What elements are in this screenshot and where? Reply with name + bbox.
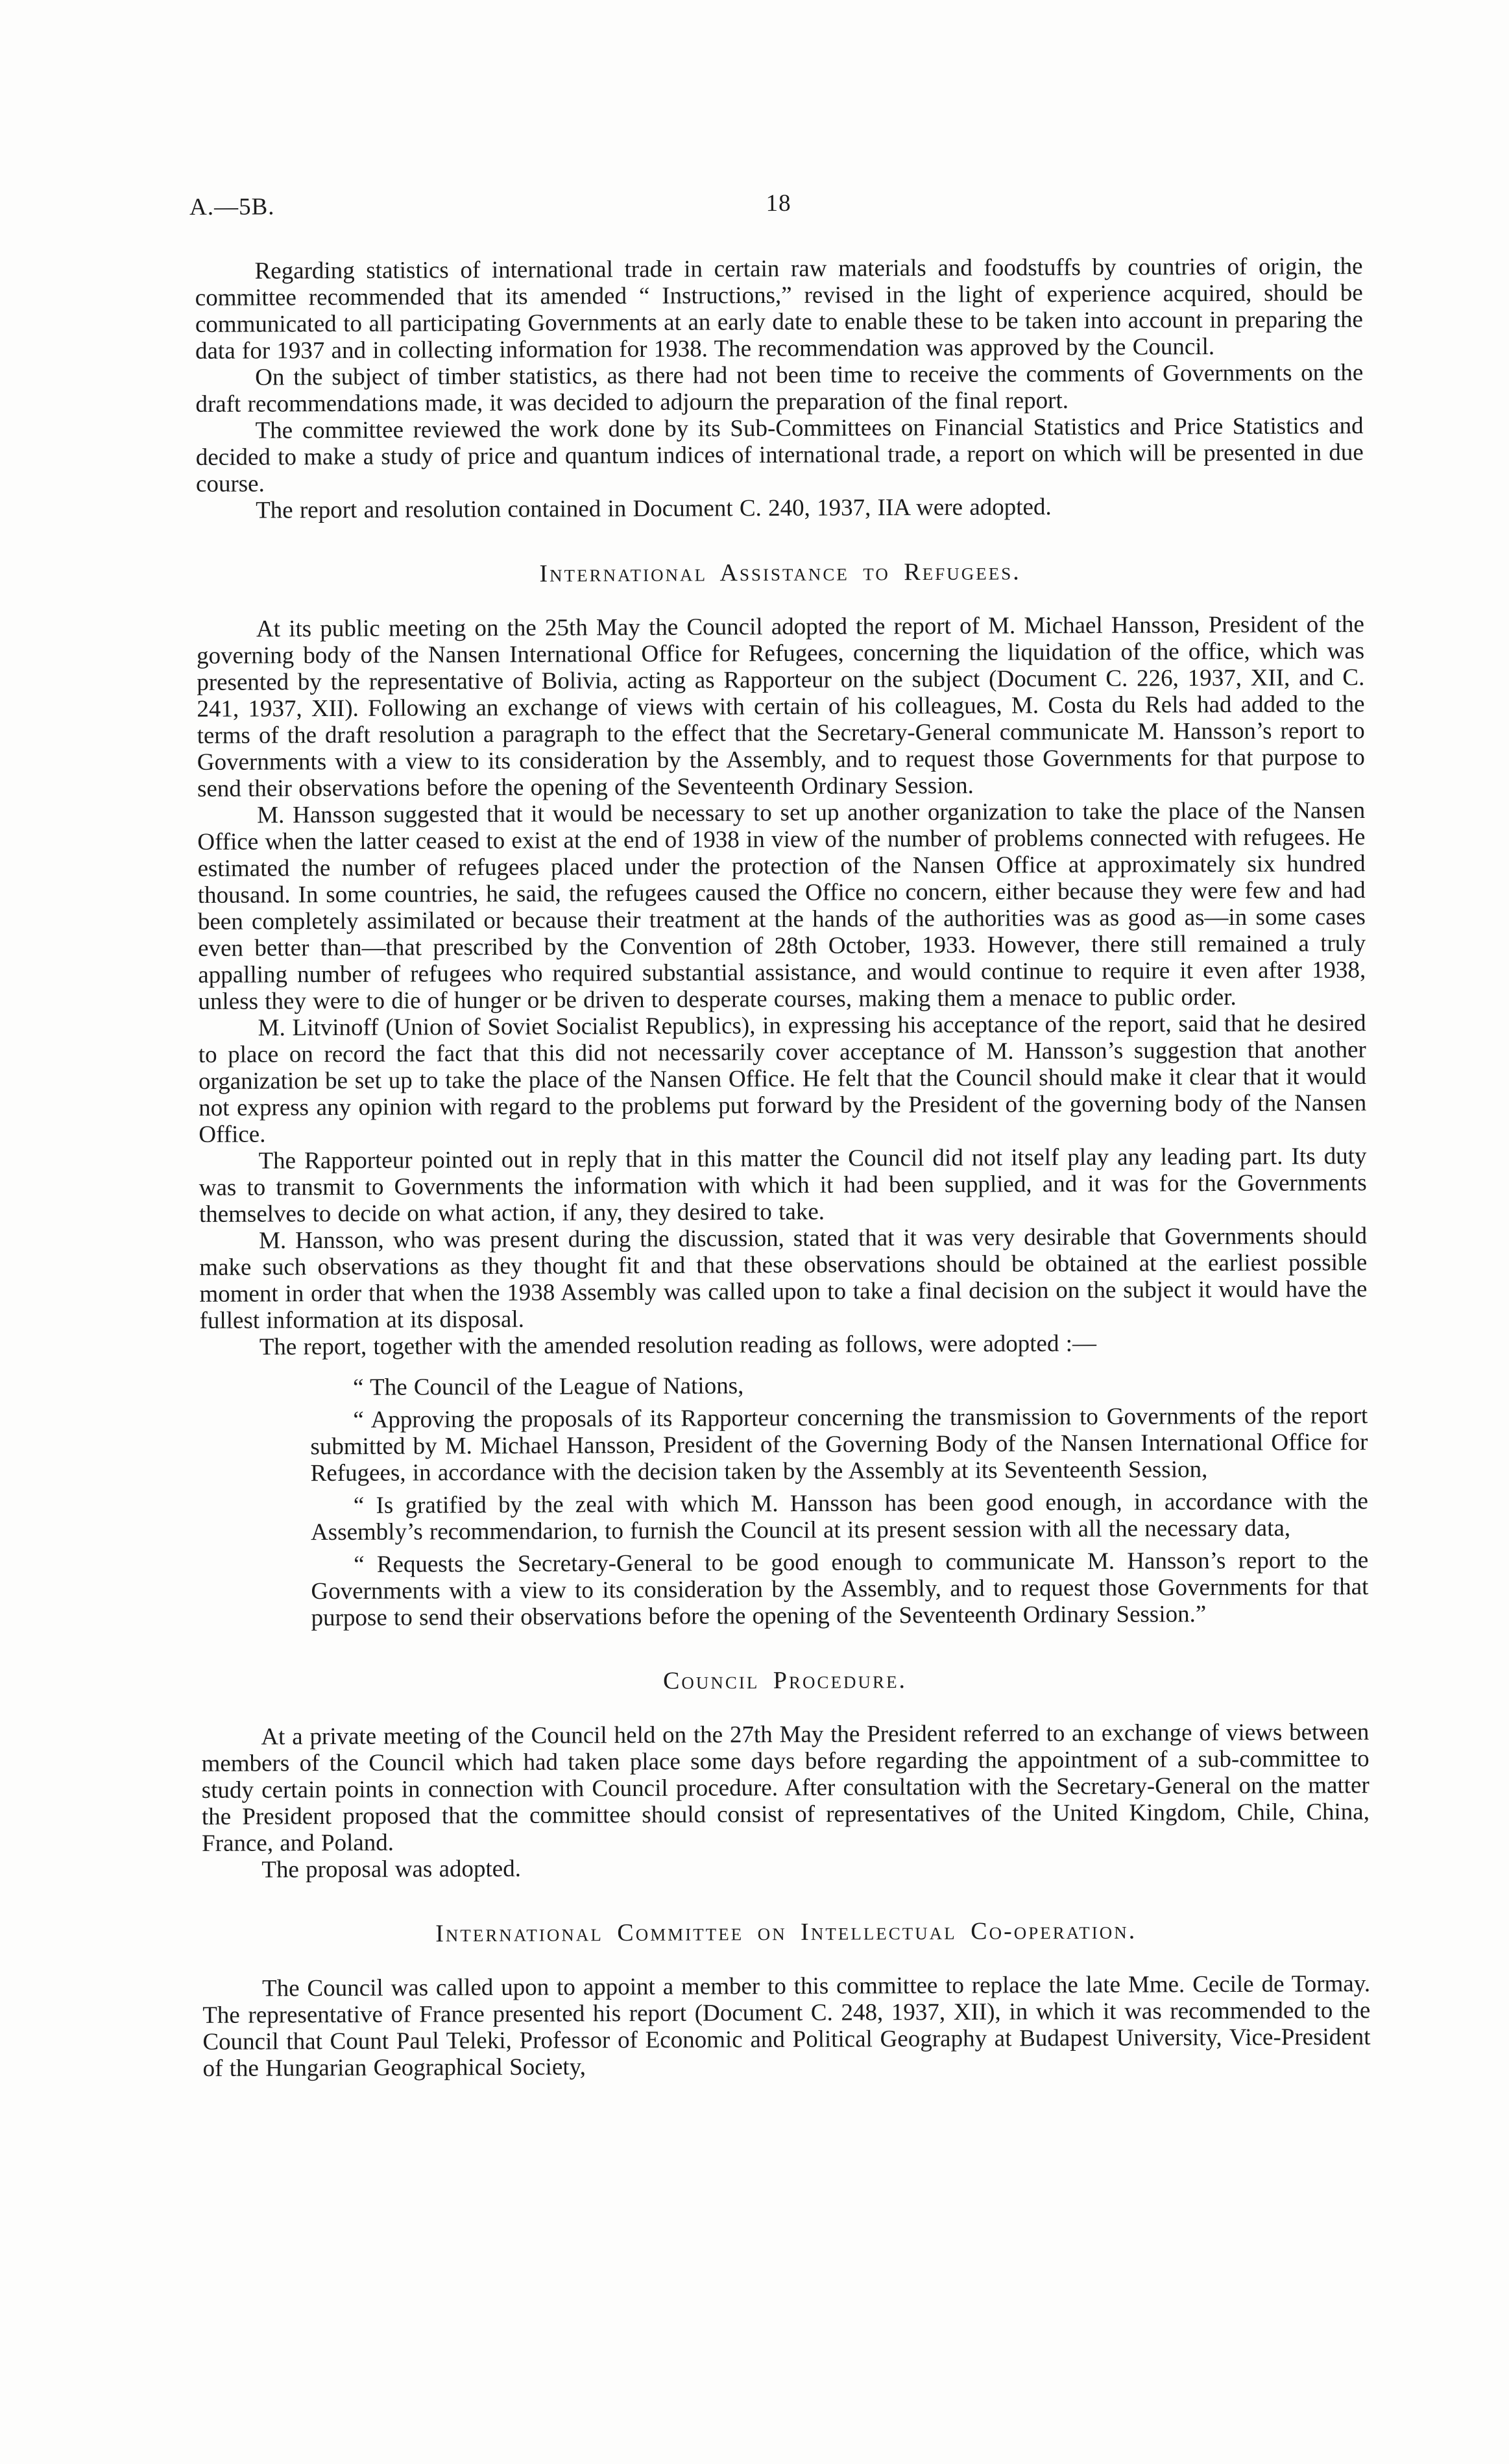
quote-paragraph: “ Is gratified by the zeal with which M.… [311,1488,1368,1546]
section-heading-council-procedure: Council Procedure. [201,1664,1369,1697]
paragraph: M. Hansson, who was present during the d… [199,1223,1368,1334]
page-content: A.—5B. 18 Regarding statistics of intern… [195,187,1371,2082]
section-intellectual-cooperation: International Committee on Intellectual … [202,1916,1371,2082]
paragraph: M. Litvinoff (Union of Soviet Socialist … [199,1010,1367,1148]
quote-paragraph: “ Requests the Secretary-General to be g… [311,1547,1369,1631]
paragraph: The Council was called upon to appoint a… [202,1970,1371,2082]
paragraph: The report, together with the amended re… [200,1329,1368,1361]
section-heading-refugees: International Assistance to Refugees. [196,556,1364,589]
paragraph: Regarding statistics of international tr… [195,253,1363,365]
resolution-quote: “ The Council of the League of Nations, … [310,1370,1369,1631]
quote-paragraph: “ Approving the proposals of its Rapport… [310,1402,1368,1487]
section-trade-statistics: Regarding statistics of international tr… [195,253,1364,524]
section-refugees: International Assistance to Refugees. At… [196,556,1368,1632]
paragraph: The report and resolution contained in D… [196,492,1364,524]
page-header: A.—5B. 18 [195,187,1362,224]
paragraph: The proposal was adopted. [202,1852,1370,1884]
paragraph: On the subject of timber statistics, as … [195,359,1363,418]
page-number: 18 [195,187,1362,221]
section-council-procedure: Council Procedure. At a private meeting … [201,1664,1370,1884]
paragraph: The Rapporteur pointed out in reply that… [199,1143,1367,1228]
paragraph: At a private meeting of the Council held… [201,1719,1370,1857]
paragraph: At its public meeting on the 25th May th… [197,611,1365,802]
paragraph: The committee reviewed the work done by … [196,413,1364,497]
section-heading-intellectual-cooperation: International Committee on Intellectual … [202,1916,1370,1948]
paragraph: M. Hansson suggested that it would be ne… [197,797,1366,1015]
document-page: A.—5B. 18 Regarding statistics of intern… [0,0,1509,2464]
quote-paragraph: “ The Council of the League of Nations, [310,1370,1368,1401]
